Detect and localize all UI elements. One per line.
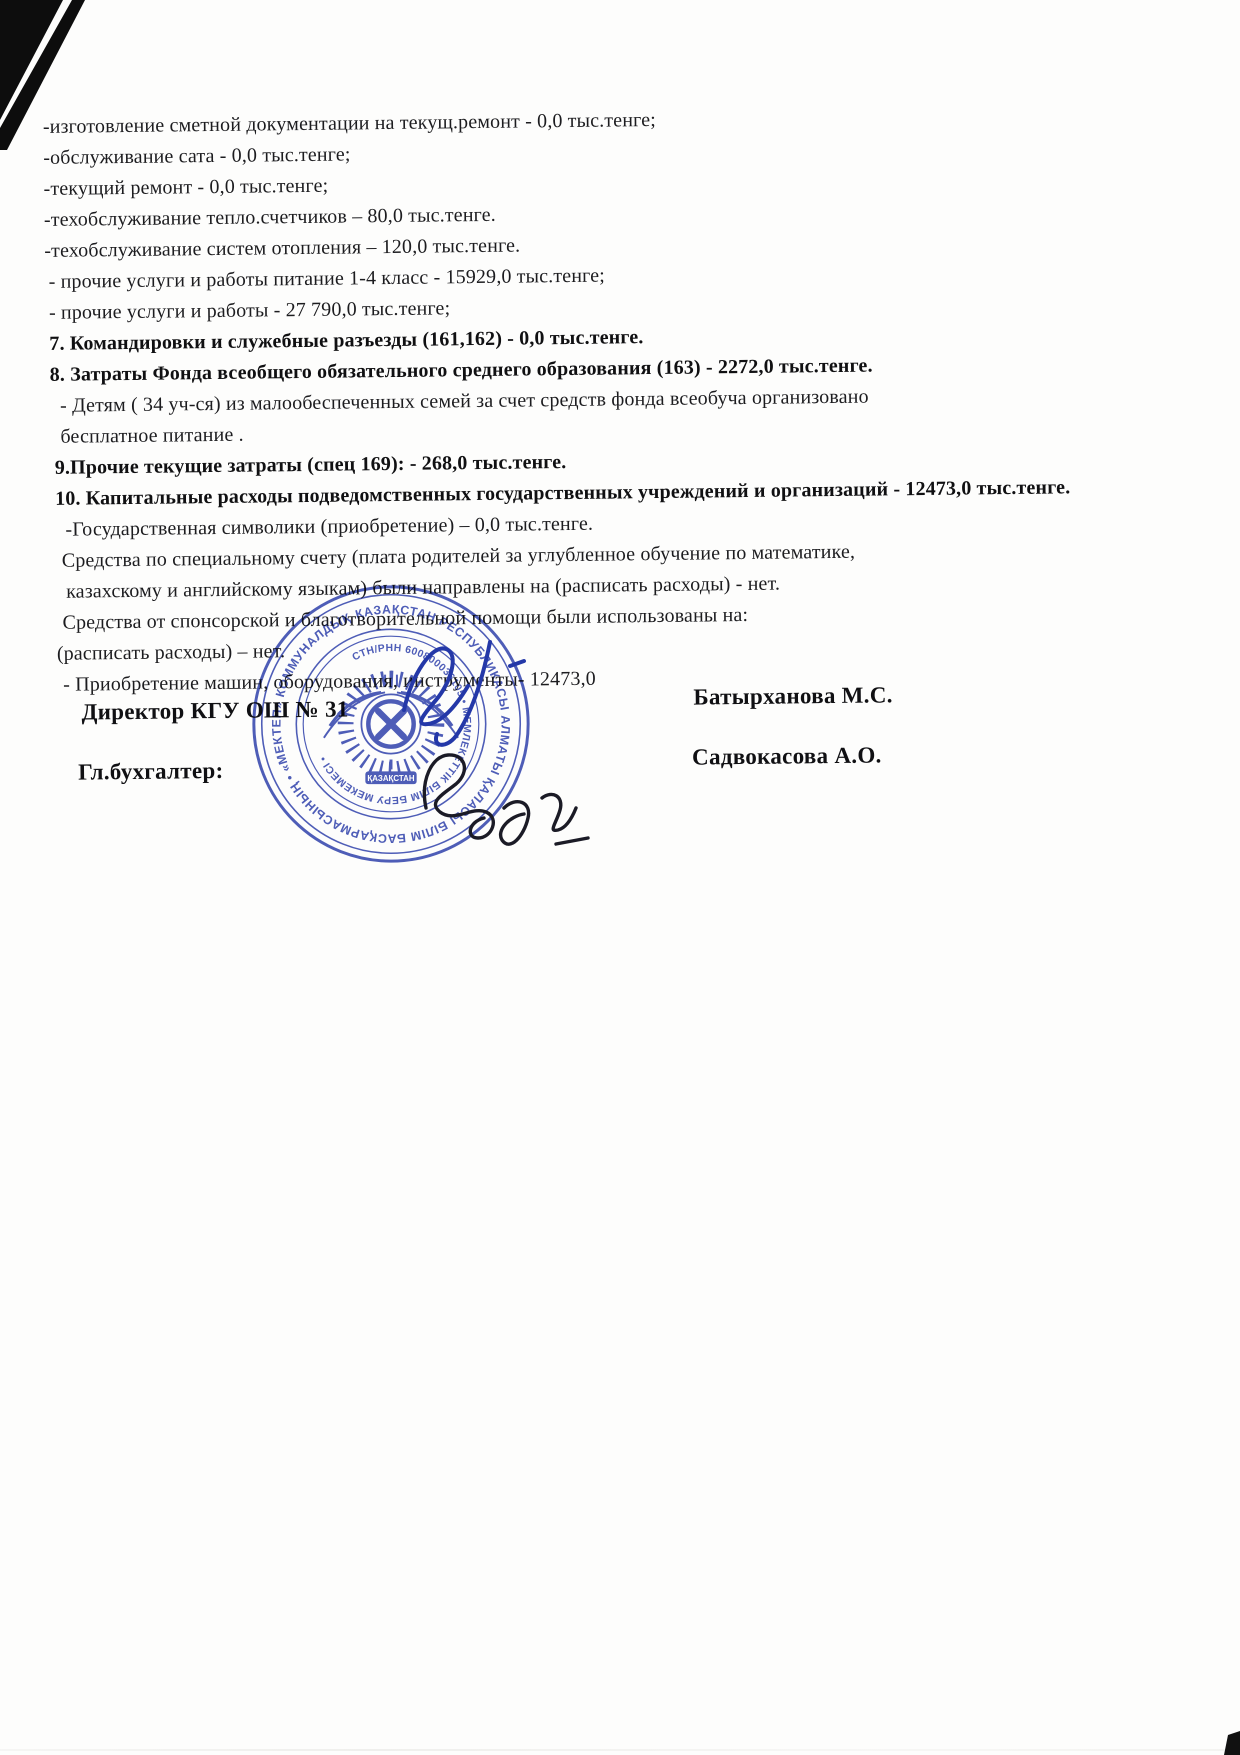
scanned-document-page: -изготовление сметной документации на те… (0, 0, 1240, 1755)
stamp-center-text: ҚАЗАҚСТАН (367, 774, 414, 783)
accountant-signature (416, 748, 600, 852)
accountant-label: Гл.бухгалтер: (78, 758, 224, 786)
director-signature (392, 636, 564, 754)
accountant-name: Садвокасова А.О. (692, 742, 882, 770)
body-text: -изготовление сметной документации на те… (43, 99, 1150, 700)
scan-edge-noise (0, 1749, 1240, 1751)
scan-corner-artifact-bottom-right (1222, 1731, 1240, 1755)
director-name: Батырханова М.С. (693, 682, 893, 710)
document-content: -изготовление сметной документации на те… (0, 0, 1240, 1755)
scan-corner-artifact-top-left (0, 0, 170, 170)
